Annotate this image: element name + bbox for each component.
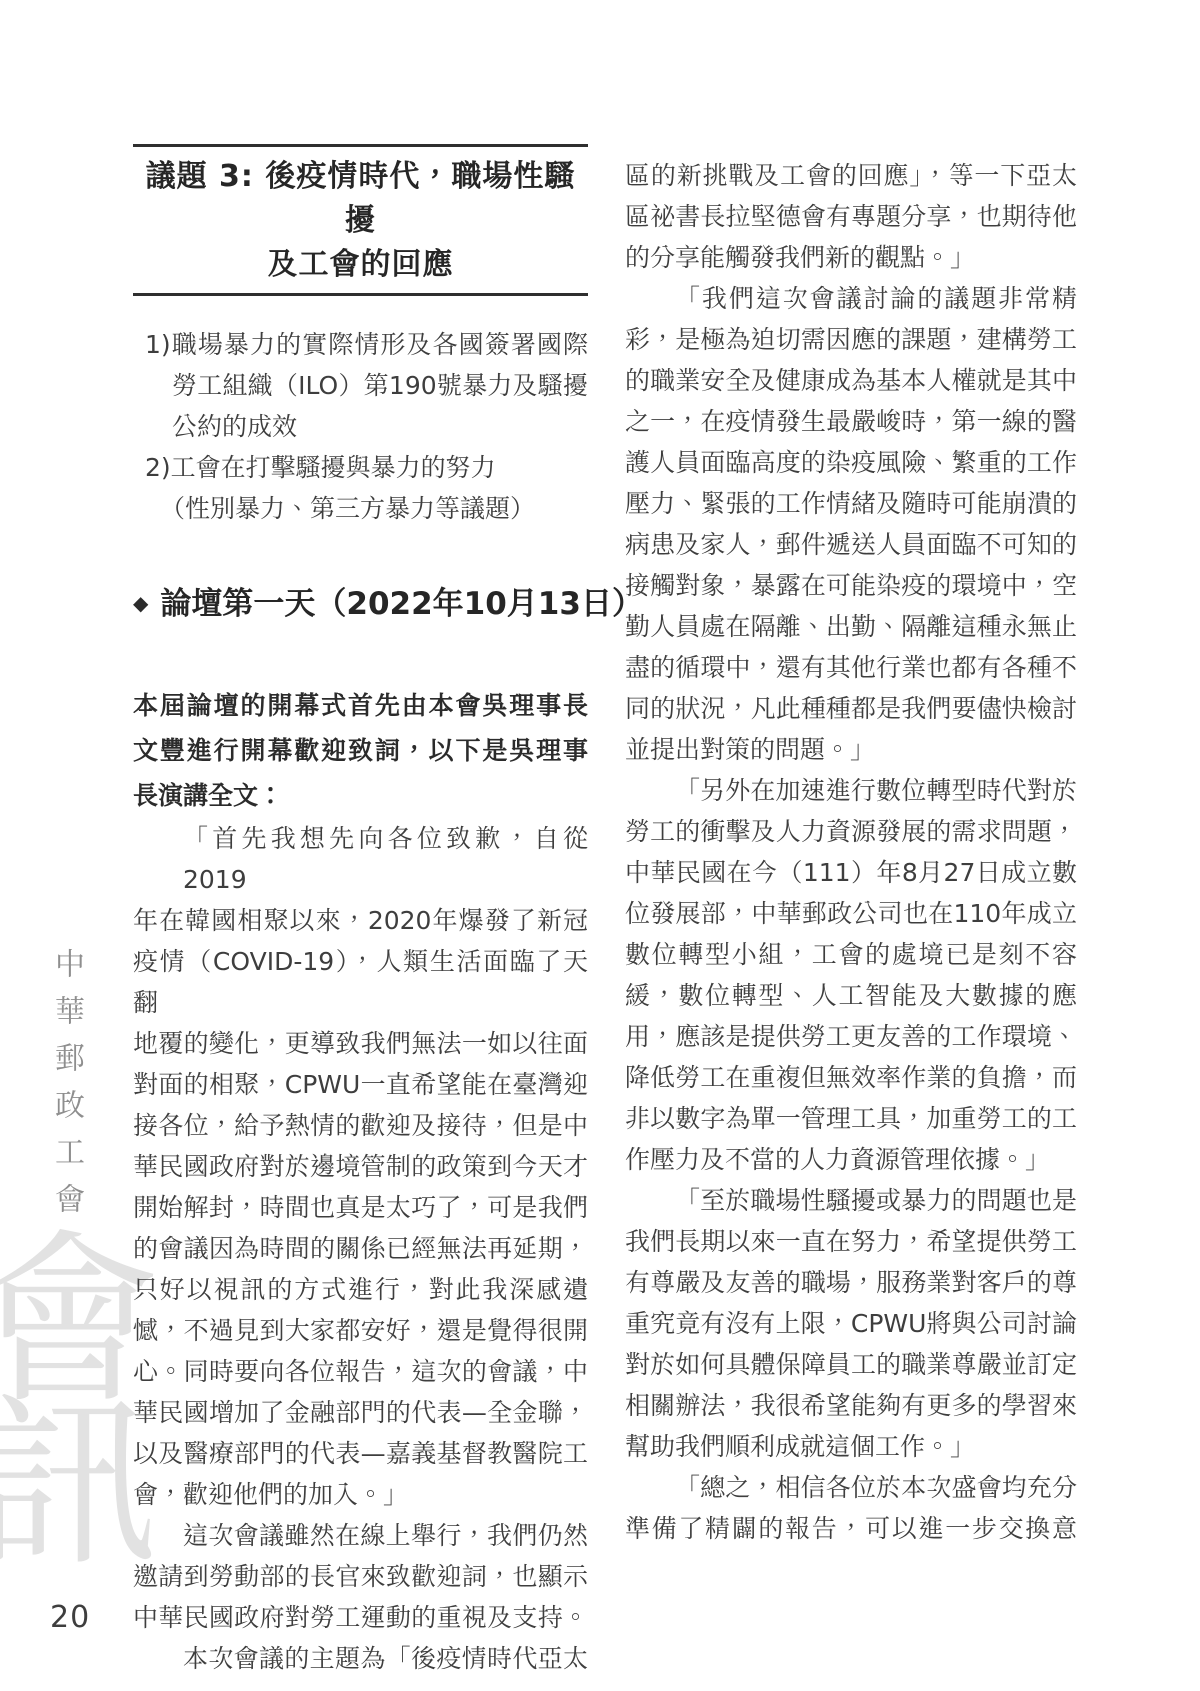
- text-line: 的會議因為時間的關係已經無法再延期，: [133, 1228, 588, 1269]
- text-line: 長演講全文：: [133, 773, 588, 818]
- speech-text-column-1: 「首先我想先向各位致歉，自從2019年在韓國相聚以來，2020年爆發了新冠疫情（…: [133, 818, 588, 1679]
- text-line: 「總之，相信各位於本次盛會均充分: [625, 1467, 1077, 1508]
- text-line: 中華民國在今（111）年8月27日成立數: [625, 852, 1077, 893]
- text-line: 之一，在疫情發生最嚴峻時，第一線的醫: [625, 401, 1077, 442]
- text-line: 準備了精闢的報告，可以進一步交換意: [625, 1508, 1077, 1549]
- text-line: 重究竟有沒有上限，CPWU將與公司討論: [625, 1303, 1077, 1344]
- text-line: 只好以視訊的方式進行，對此我深感遺: [133, 1269, 588, 1310]
- text-line: 「至於職場性騷擾或暴力的問題也是: [625, 1180, 1077, 1221]
- sidebar-union-name: 中華郵政工會: [44, 948, 88, 1230]
- text-line: 位發展部，中華郵政公司也在110年成立: [625, 893, 1077, 934]
- text-line: 華民國增加了金融部門的代表—全金聯，: [133, 1392, 588, 1433]
- text-line: 區祕書長拉堅德會有專題分享，也期待他: [625, 196, 1077, 237]
- text-line: 降低勞工在重複但無效率作業的負擔，而: [625, 1057, 1077, 1098]
- text-line: 勤人員處在隔離、出勤、隔離這種永無止: [625, 606, 1077, 647]
- agenda-list: 1)職場暴力的實際情形及各國簽署國際勞工組織（ILO）第190號暴力及騷擾公約的…: [133, 324, 588, 529]
- text-line: 本次會議的主題為「後疫情時代亞太: [133, 1638, 588, 1679]
- text-line: 「另外在加速進行數位轉型時代對於: [625, 770, 1077, 811]
- text-line: 以及醫療部門的代表—嘉義基督教醫院工: [133, 1433, 588, 1474]
- text-line: 憾，不過見到大家都安好，還是覺得很開: [133, 1310, 588, 1351]
- text-line: 數位轉型小組，工會的處境已是刻不容: [625, 934, 1077, 975]
- text-line: 的職業安全及健康成為基本人權就是其中: [625, 360, 1077, 401]
- text-line: 幫助我們順利成就這個工作。」: [625, 1426, 1077, 1467]
- left-column: 議題 3: 後疫情時代，職場性騷擾 及工會的回應 1)職場暴力的實際情形及各國簽…: [133, 144, 588, 1679]
- text-line: 勞工的衝擊及人力資源發展的需求問題，: [625, 811, 1077, 852]
- text-line: （性別暴力、第三方暴力等議題）: [133, 488, 588, 529]
- intro-paragraph: 本屆論壇的開幕式首先由本會吳理事長文豐進行開幕歡迎致詞，以下是吳理事長演講全文：: [133, 683, 588, 818]
- text-line: 對面的相聚，CPWU一直希望能在臺灣迎: [133, 1064, 588, 1105]
- text-line: 本屆論壇的開幕式首先由本會吳理事長: [133, 683, 588, 728]
- text-line: 護人員面臨高度的染疫風險、繁重的工作: [625, 442, 1077, 483]
- text-line: 年在韓國相聚以來，2020年爆發了新冠: [133, 900, 588, 941]
- text-line: 疫情（COVID-19），人類生活面臨了天翻: [133, 941, 588, 1023]
- text-line: 「首先我想先向各位致歉，自從2019: [133, 818, 588, 900]
- text-line: 中華民國政府對勞工運動的重視及支持。: [133, 1597, 588, 1638]
- text-line: 會，歡迎他們的加入。」: [133, 1474, 588, 1515]
- topic-heading: 議題 3: 後疫情時代，職場性騷擾 及工會的回應: [133, 144, 588, 296]
- text-line: 病患及家人，郵件遞送人員面臨不可知的: [625, 524, 1077, 565]
- text-line: 用，應該是提供勞工更友善的工作環境、: [625, 1016, 1077, 1057]
- text-line: 勞工組織（ILO）第190號暴力及騷擾: [133, 365, 588, 406]
- topic-heading-line2: 及工會的回應: [135, 243, 586, 287]
- text-line: 華民國政府對於邊境管制的政策到今天才: [133, 1146, 588, 1187]
- forum-day-heading: ◆論壇第一天（2022年10月13日）: [133, 581, 588, 626]
- text-line: 「我們這次會議討論的議題非常精: [625, 278, 1077, 319]
- text-line: 緩，數位轉型、人工智能及大數據的應: [625, 975, 1077, 1016]
- text-line: 盡的循環中，還有其他行業也都有各種不: [625, 647, 1077, 688]
- text-line: 的分享能觸發我們新的觀點。」: [625, 237, 1077, 278]
- text-line: 文豐進行開幕歡迎致詞，以下是吳理事: [133, 728, 588, 773]
- text-line: 地覆的變化，更導致我們無法一如以往面: [133, 1023, 588, 1064]
- text-line: 有尊嚴及友善的職場，服務業對客戶的尊: [625, 1262, 1077, 1303]
- forum-day-title: 論壇第一天（2022年10月13日）: [160, 586, 643, 622]
- text-line: 這次會議雖然在線上舉行，我們仍然: [133, 1515, 588, 1556]
- right-column speech-text-column-2: 區的新挑戰及工會的回應」，等一下亞太區祕書長拉堅德會有專題分享，也期待他的分享能…: [625, 155, 1077, 1549]
- page-number: 20: [50, 1600, 90, 1635]
- text-line: 對於如何具體保障員工的職業尊嚴並訂定: [625, 1344, 1077, 1385]
- text-line: 壓力、緊張的工作情緒及隨時可能崩潰的: [625, 483, 1077, 524]
- text-line: 1)職場暴力的實際情形及各國簽署國際: [133, 324, 588, 365]
- text-line: 2)工會在打擊騷擾與暴力的努力: [133, 447, 588, 488]
- text-line: 接各位，給予熱情的歡迎及接待，但是中: [133, 1105, 588, 1146]
- text-line: 非以數字為單一管理工具，加重勞工的工: [625, 1098, 1077, 1139]
- topic-heading-line1: 議題 3: 後疫情時代，職場性騷擾: [135, 155, 586, 243]
- text-line: 心。同時要向各位報告，這次的會議，中: [133, 1351, 588, 1392]
- text-line: 公約的成效: [133, 406, 588, 447]
- diamond-bullet-icon: ◆: [133, 591, 148, 615]
- text-line: 我們長期以來一直在努力，希望提供勞工: [625, 1221, 1077, 1262]
- text-line: 區的新挑戰及工會的回應」，等一下亞太: [625, 155, 1077, 196]
- text-line: 作壓力及不當的人力資源管理依據。」: [625, 1139, 1077, 1180]
- text-line: 開始解封，時間也真是太巧了，可是我們: [133, 1187, 588, 1228]
- text-line: 彩，是極為迫切需因應的課題，建構勞工: [625, 319, 1077, 360]
- text-line: 並提出對策的問題。」: [625, 729, 1077, 770]
- calligraphy-watermark: 會訊: [0, 1222, 143, 1548]
- magazine-page: 會訊 中華郵政工會 20 議題 3: 後疫情時代，職場性騷擾 及工會的回應 1)…: [0, 0, 1200, 1691]
- text-line: 同的狀況，凡此種種都是我們要儘快檢討: [625, 688, 1077, 729]
- text-line: 邀請到勞動部的長官來致歡迎詞，也顯示: [133, 1556, 588, 1597]
- text-line: 相關辦法，我很希望能夠有更多的學習來: [625, 1385, 1077, 1426]
- text-line: 接觸對象，暴露在可能染疫的環境中，空: [625, 565, 1077, 606]
